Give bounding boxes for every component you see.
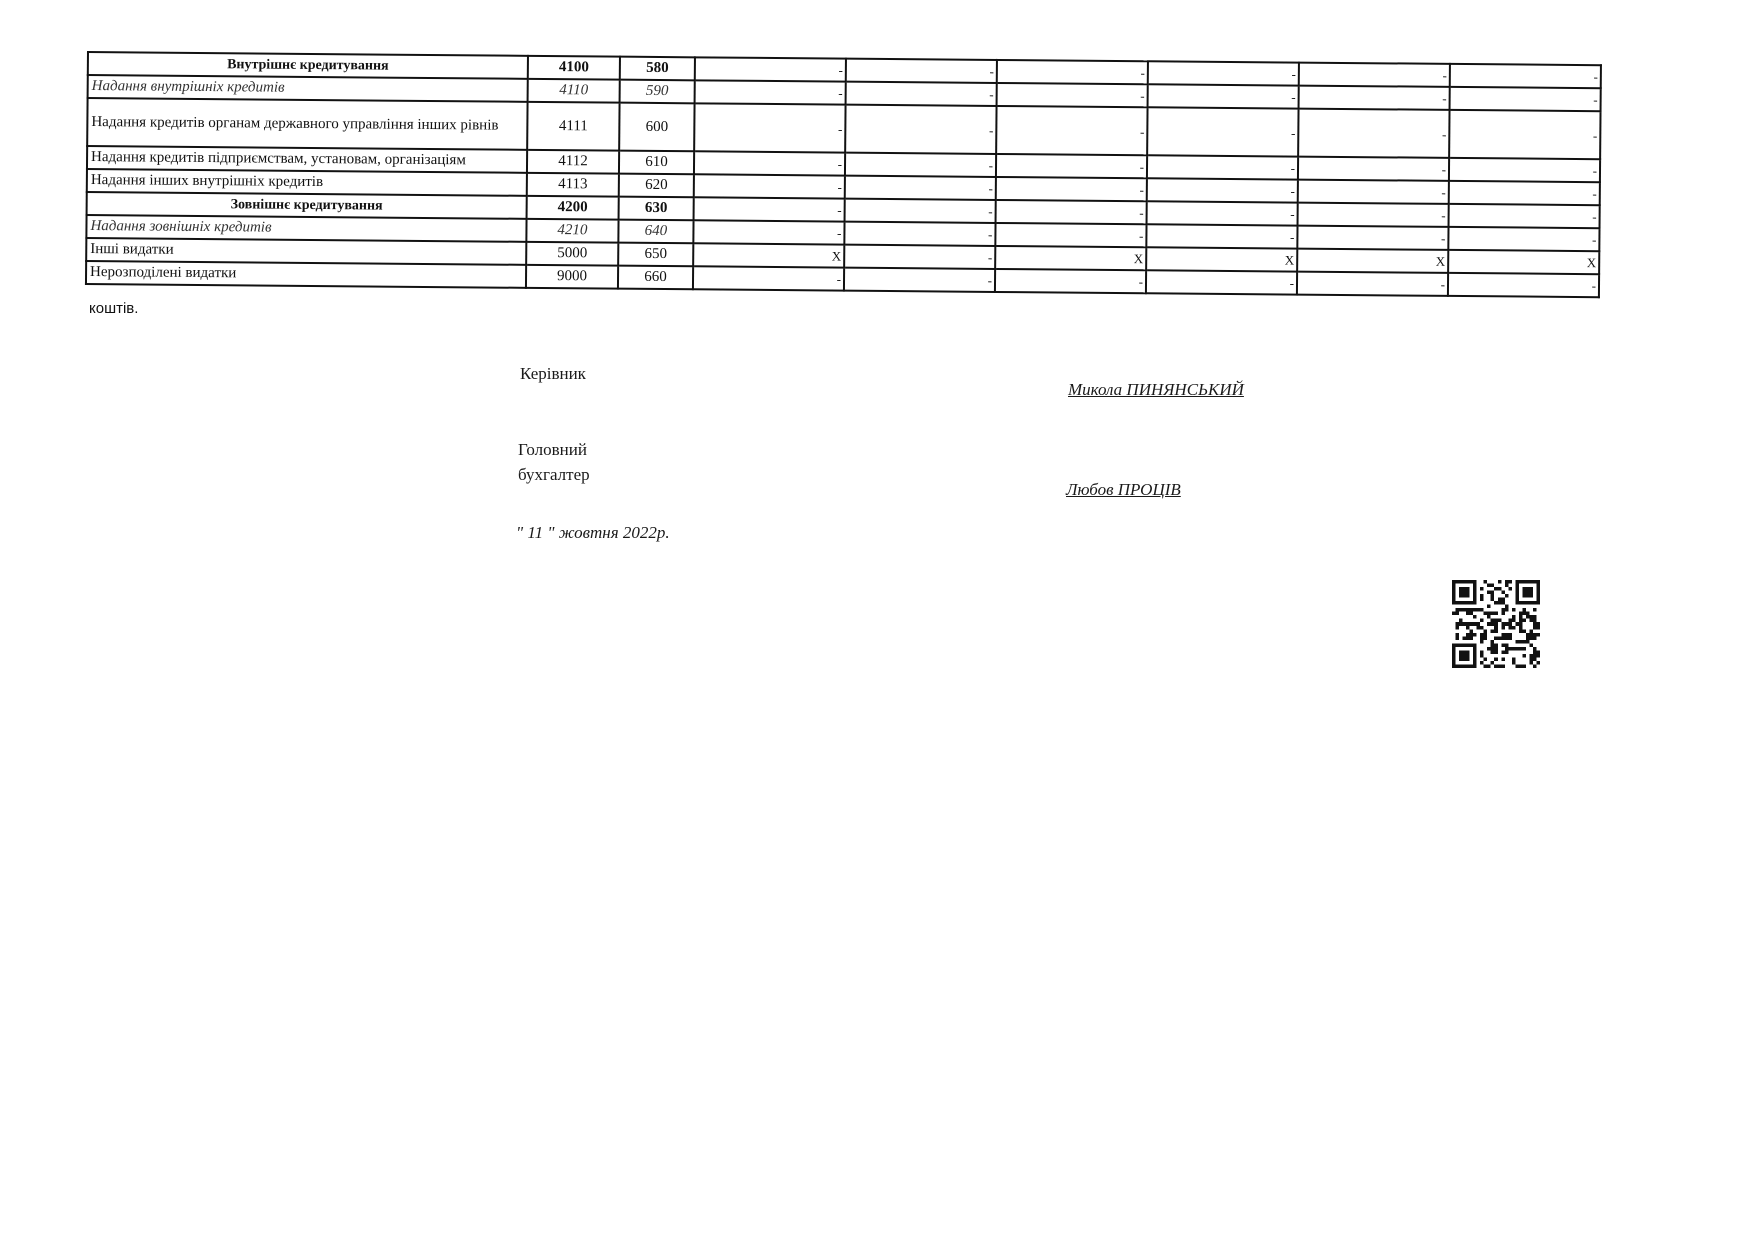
row-line-code: 600 [619, 103, 694, 152]
row-code: 4210 [526, 219, 618, 243]
row-line-code: 590 [620, 80, 695, 104]
row-value-cell: - [1299, 86, 1450, 110]
row-code: 4111 [527, 102, 619, 151]
row-value-cell: - [1147, 107, 1298, 156]
row-code: 5000 [526, 242, 618, 266]
row-value-cell: - [995, 223, 1146, 247]
row-value-cell: - [695, 57, 846, 81]
accountant-name: Любов ПРОЦІВ [1066, 480, 1181, 500]
row-value-cell: - [997, 60, 1148, 84]
row-value-cell: - [1449, 204, 1600, 228]
row-value-cell: X [1146, 247, 1297, 271]
document-page: Внутрішнє кредитування4100580------Надан… [0, 0, 1753, 1240]
row-value-cell: - [1146, 270, 1297, 294]
row-value-cell: X [995, 246, 1146, 270]
row-value-cell: - [845, 199, 996, 223]
expenditure-table: Внутрішнє кредитування4100580------Надан… [85, 51, 1602, 298]
row-code: 4113 [527, 173, 619, 197]
row-value-cell: - [996, 200, 1147, 224]
row-value-cell: - [695, 80, 846, 104]
row-value-cell: - [845, 176, 996, 200]
accountant-label-line2: бухгалтер [518, 465, 590, 485]
row-code: 9000 [526, 265, 618, 289]
row-value-cell: - [1297, 272, 1448, 296]
row-value-cell: - [693, 266, 844, 290]
row-value-cell: - [1449, 110, 1600, 159]
row-name: Надання кредитів органам державного упра… [87, 98, 527, 150]
row-value-cell: - [1450, 64, 1601, 88]
head-label: Керівник [520, 364, 586, 384]
row-line-code: 630 [619, 197, 694, 221]
row-value-cell: - [1448, 273, 1599, 297]
signature-date: " 11 " жовтня 2022р. [516, 523, 670, 543]
row-value-cell: - [844, 222, 995, 246]
qr-code-icon [1452, 580, 1540, 668]
row-value-cell: - [1298, 180, 1449, 204]
row-value-cell: - [1298, 157, 1449, 181]
row-line-code: 580 [620, 57, 695, 81]
row-value-cell: - [694, 197, 845, 221]
row-value-cell: - [1449, 158, 1600, 182]
row-value-cell: - [846, 82, 997, 106]
row-value-cell: - [694, 151, 845, 175]
accountant-label-line1: Головний [518, 440, 587, 460]
row-line-code: 620 [619, 174, 694, 198]
row-value-cell: - [1450, 87, 1601, 111]
row-value-cell: - [1146, 224, 1297, 248]
row-value-cell: - [1148, 61, 1299, 85]
row-value-cell: - [1297, 226, 1448, 250]
row-value-cell: - [694, 103, 845, 152]
row-code: 4100 [528, 56, 620, 80]
row-value-cell: - [846, 59, 997, 83]
note-text: коштів. [89, 300, 138, 317]
row-value-cell: - [1449, 181, 1600, 205]
row-line-code: 640 [618, 220, 693, 244]
row-name: Нерозподілені видатки [86, 261, 526, 288]
row-value-cell: - [694, 174, 845, 198]
row-value-cell: - [1147, 178, 1298, 202]
row-line-code: 660 [618, 266, 693, 290]
report-table-wrapper: Внутрішнє кредитування4100580------Надан… [85, 51, 1602, 298]
row-value-cell: - [1147, 201, 1298, 225]
row-value-cell: - [995, 269, 1146, 293]
head-name: Микола ПИНЯНСЬКИЙ [1068, 380, 1244, 400]
row-value-cell: X [1448, 250, 1599, 274]
row-code: 4200 [527, 196, 619, 220]
row-value-cell: - [1298, 203, 1449, 227]
row-line-code: 610 [619, 151, 694, 175]
row-value-cell: - [996, 177, 1147, 201]
row-value-cell: - [996, 106, 1147, 155]
row-value-cell: - [1299, 63, 1450, 87]
row-value-cell: - [1448, 227, 1599, 251]
row-value-cell: - [1148, 84, 1299, 108]
row-value-cell: - [997, 83, 1148, 107]
row-value-cell: - [845, 105, 996, 154]
row-value-cell: - [693, 220, 844, 244]
row-line-code: 650 [618, 243, 693, 267]
row-value-cell: - [845, 153, 996, 177]
row-value-cell: - [1147, 155, 1298, 179]
row-value-cell: X [1297, 249, 1448, 273]
row-value-cell: - [996, 154, 1147, 178]
row-code: 4112 [527, 150, 619, 174]
row-value-cell: - [1298, 109, 1449, 158]
row-value-cell: - [844, 268, 995, 292]
row-value-cell: - [844, 245, 995, 269]
row-value-cell: X [693, 243, 844, 267]
row-code: 4110 [528, 79, 620, 103]
